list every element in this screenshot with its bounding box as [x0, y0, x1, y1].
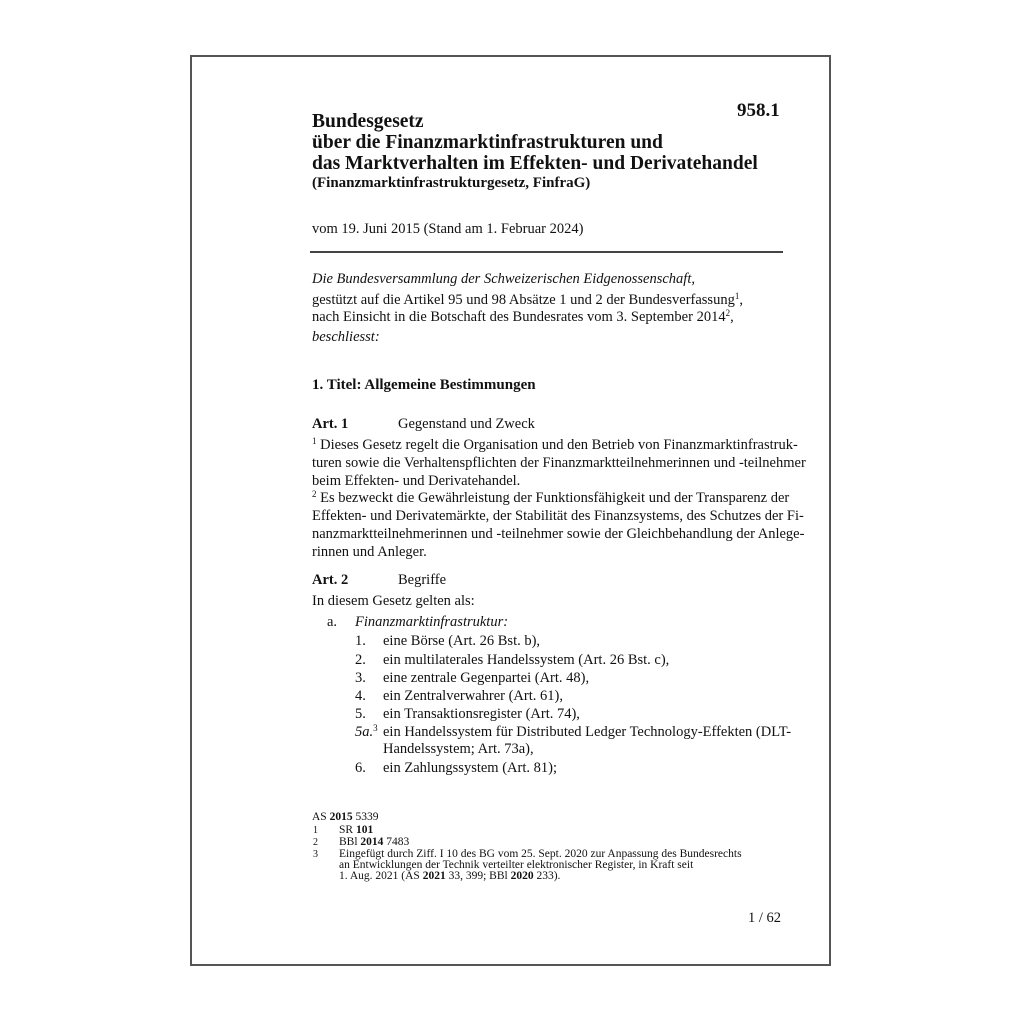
- list-item-number: 4.: [355, 688, 366, 705]
- title-line-2: über die Finanzmarktinfrastrukturen und: [312, 132, 758, 153]
- message-end: ,: [730, 309, 734, 325]
- art1-number: Art. 1: [312, 416, 348, 433]
- list-item-number: 6.: [355, 760, 366, 777]
- fn-rest: 7483: [386, 836, 409, 848]
- title-line-3: das Marktverhalten im Effekten- und Deri…: [312, 153, 758, 174]
- fn-part: 1. Aug. 2021 (AS: [339, 870, 423, 882]
- list-item-number: 5.: [355, 706, 366, 723]
- item-5a-num: 5a.: [355, 724, 373, 740]
- footnote-number: 2: [313, 837, 318, 848]
- list-item-text: ein Transaktionsregister (Art. 74),: [383, 706, 580, 723]
- title-line-1: Bundesgesetz: [312, 111, 758, 132]
- footnote-number: 1: [313, 825, 318, 836]
- art1-paragraph-2: 2 Es bezweckt die Gewährleistung der Fun…: [312, 489, 784, 561]
- fn-bold: 101: [356, 824, 373, 836]
- fn-bold: 2014: [360, 836, 383, 848]
- page-number: 1 / 62: [748, 910, 781, 927]
- art2-number: Art. 2: [312, 572, 348, 589]
- list-item-text: eine zentrale Gegenpartei (Art. 48),: [383, 670, 589, 687]
- fn-part: 2021: [423, 870, 446, 882]
- footnote-number: 3: [313, 849, 318, 860]
- para2-line: Es bezweckt die Gewährleistung der Funkt…: [320, 490, 789, 506]
- list-item-number: 5a.3: [355, 724, 378, 741]
- list-item-number: 3.: [355, 670, 366, 687]
- as-page: 5339: [355, 811, 378, 823]
- para1-line: beim Effekten- und Derivatehandel.: [312, 472, 784, 490]
- list-item-number: 1.: [355, 633, 366, 650]
- para2-line: rinnen und Anleger.: [312, 543, 784, 561]
- list-item-text-continued: Handelssystem; Art. 73a),: [383, 741, 534, 758]
- fn-prefix: SR: [339, 824, 353, 836]
- list-item-text: eine Börse (Art. 26 Bst. b),: [383, 633, 540, 650]
- document-title: Bundesgesetz über die Finanzmarktinfrast…: [312, 111, 758, 174]
- fn-prefix: BBl: [339, 836, 358, 848]
- official-compilation-ref: AS 2015 5339: [312, 811, 378, 823]
- section-title: 1. Titel: Allgemeine Bestimmungen: [312, 377, 536, 394]
- as-prefix: AS: [312, 811, 327, 823]
- short-title: (Finanzmarktinfrastrukturgesetz, FinfraG…: [312, 175, 590, 192]
- art1-title: Gegenstand und Zweck: [398, 416, 535, 433]
- para1-line: Dieses Gesetz regelt die Organisation un…: [320, 437, 798, 453]
- fn-part: 2020: [511, 870, 534, 882]
- para1-line: turen sowie die Verhaltenspflichten der …: [312, 454, 784, 472]
- art2-title: Begriffe: [398, 572, 446, 589]
- as-year: 2015: [330, 811, 353, 823]
- art1-paragraph-1: 1 Dieses Gesetz regelt die Organisation …: [312, 436, 784, 490]
- footnote-text: Eingefügt durch Ziff. I 10 des BG vom 25…: [339, 849, 742, 882]
- list-item-text: ein Zahlungssystem (Art. 81);: [383, 760, 557, 777]
- para2-line: Effekten- und Derivatemärkte, der Stabil…: [312, 507, 784, 525]
- list-item-text: ein Zentralverwahrer (Art. 61),: [383, 688, 563, 705]
- list-item-text: ein multilaterales Handelssystem (Art. 2…: [383, 652, 669, 669]
- preamble-basis: gestützt auf die Artikel 95 und 98 Absät…: [312, 292, 743, 309]
- message-text: nach Einsicht in die Botschaft des Bunde…: [312, 309, 726, 325]
- item-a-text: Finanzmarktinfrastruktur:: [355, 614, 508, 631]
- preamble-message: nach Einsicht in die Botschaft des Bunde…: [312, 309, 734, 326]
- basis-end: ,: [739, 292, 743, 308]
- footnote-text: SR 101: [339, 825, 373, 836]
- list-item-text: ein Handelssystem für Distributed Ledger…: [383, 724, 791, 741]
- header-divider: [310, 251, 783, 253]
- preamble-authority: Die Bundesversammlung der Schweizerische…: [312, 271, 695, 288]
- preamble-decision: beschliesst:: [312, 329, 380, 346]
- para-num-1: 1: [312, 436, 317, 446]
- art2-intro: In diesem Gesetz gelten als:: [312, 593, 475, 610]
- list-item-number: 2.: [355, 652, 366, 669]
- fn-line: 1. Aug. 2021 (AS 2021 33, 399; BBl 2020 …: [339, 871, 742, 882]
- footnote-ref-3[interactable]: 3: [373, 723, 378, 733]
- fn-part: 233).: [534, 870, 561, 882]
- footnote-text: BBl 2014 7483: [339, 837, 409, 848]
- para2-line: nanzmarktteilnehmerinnen und -teilnehmer…: [312, 525, 784, 543]
- basis-text: gestützt auf die Artikel 95 und 98 Absät…: [312, 292, 735, 308]
- para-num-2: 2: [312, 489, 317, 499]
- date-line: vom 19. Juni 2015 (Stand am 1. Februar 2…: [312, 221, 583, 238]
- item-a-label: a.: [327, 614, 337, 631]
- fn-part: 33, 399; BBl: [446, 870, 511, 882]
